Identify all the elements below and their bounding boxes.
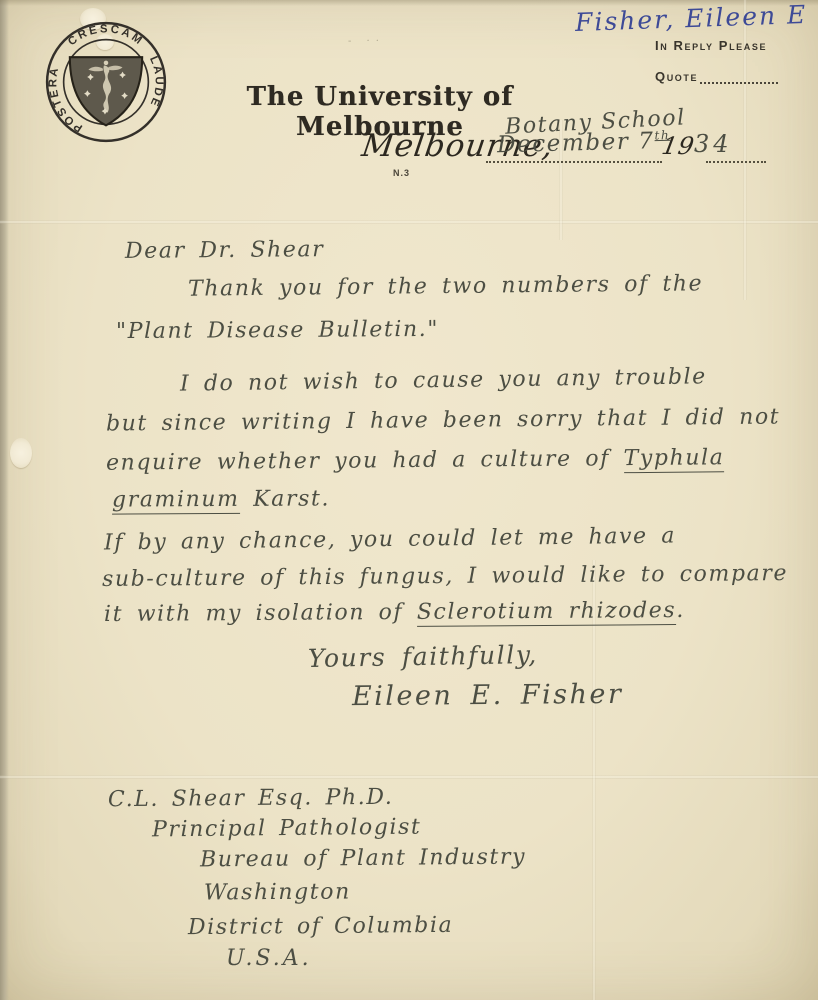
date-dotted-line [486,160,662,163]
quote-dotted-line [700,70,778,84]
crest-motto-top-path: CRESCAM [66,23,146,48]
address-line-2: Principal Pathologist [152,815,422,843]
crest-victory-head [104,61,109,66]
letter-line-6: graminum Karst. [112,486,330,512]
closing: Yours faithfully, [308,640,538,673]
scan-edge-shadow [0,0,9,1000]
crest-motto-top: CRESCAM [66,23,146,48]
date-day: December 7 [497,128,655,158]
pencil-smudge: - ·· [348,36,385,47]
signature: Eileen E. Fisher [352,679,624,712]
paper-damage-spot [10,438,32,468]
letter-line-9: it with my isolation of Sclerotium rhizo… [104,598,685,627]
date-ordinal: th [654,128,670,142]
address-line-6: U.S.A. [226,946,312,971]
in-reply-please-label: In Reply Please [655,38,805,53]
address-line-1: C.L. Shear Esq. Ph.D. [108,785,394,812]
address-line-3: Bureau of Plant Industry [200,845,526,873]
year-handwritten: 34 [694,130,733,158]
year-dotted-line [706,160,766,163]
address-line-5: District of Columbia [188,913,453,940]
salutation: Dear Dr. Shear [125,237,325,264]
letter-line-5: enquire whether you had a culture of Typ… [106,445,725,475]
reply-block: In Reply Please Quote [655,38,805,84]
date-line: December 7th [497,128,671,159]
address-line-4: Washington [204,879,351,905]
form-code: N.3 [393,168,410,178]
university-crest: CRESCAM POSTERA LAUDE [44,20,168,144]
letter-line-2: "Plant Disease Bulletin." [116,317,439,344]
quote-label: Quote [655,69,698,84]
